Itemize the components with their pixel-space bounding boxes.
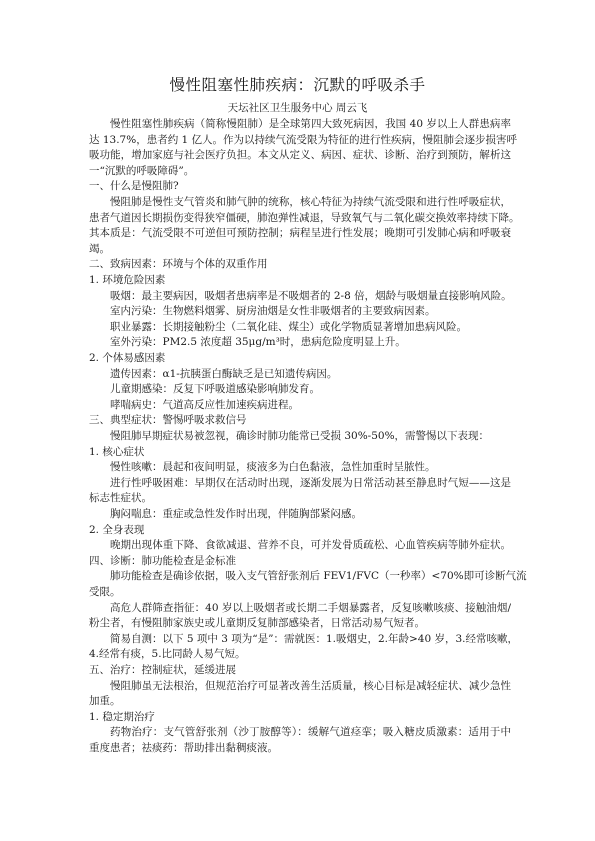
section-heading: 五、治疗：控制症状，延缓进展 (89, 663, 511, 679)
document-page: 慢性阻塞性肺疾病：沉默的呼吸杀手 天坛社区卫生服务中心 周云飞 慢性阻塞性肺疾病… (0, 0, 595, 841)
subsection-heading: 1. 环境危险因素 (89, 273, 511, 289)
body-text-line: 其本质是：气流受限不可逆但可预防控制；病程呈进行性发展；晚期可引发肺心病和呼吸衰 (89, 226, 511, 242)
body-text-line: 室外污染：PM2.5 浓度超 35μg/m³时，患病危险度明显上升。 (110, 335, 511, 351)
section-heading: 二、致病因素：环境与个体的双重作用 (89, 257, 511, 273)
subsection-heading: 2. 个体易感因素 (89, 351, 511, 367)
section-heading: 一、什么是慢阻肺? (89, 179, 511, 195)
body-text-line: 受限。 (89, 585, 511, 601)
subsection-heading: 1. 核心症状 (89, 445, 511, 461)
section-heading: 四、诊断：肺功能检查是金标准 (89, 554, 511, 570)
body-text-line: 高危人群筛查指征：40 岁以上吸烟者或长期二手烟暴露者，反复咳嗽咳痰、接触油烟/ (110, 601, 511, 617)
body-text-line: 标志性症状。 (89, 491, 511, 507)
body-text-line: 吸功能，增加家庭与社会医疗负担。本文从定义、病因、症状、诊断、治疗到预防，解析这 (89, 148, 511, 164)
body-text-line: 进行性呼吸困难：早期仅在活动时出现，逐渐发展为日常活动甚至静息时气短——这是 (110, 476, 511, 492)
body-text-line: 职业暴露：长期接触粉尘（二氧化硅、煤尘）或化学物质显著增加患病风险。 (110, 320, 511, 336)
body-text-line: 达 13.7%，患者约 1 亿人。作为以持续气流受限为特征的进行性疾病，慢阻肺会… (89, 133, 511, 149)
body-text-line: 哮喘病史：气道高反应性加速疾病进程。 (110, 398, 511, 414)
body-text-line: 简易自测：以下 5 项中 3 项为“是”：需就医：1.吸烟史，2.年龄>40 岁… (110, 632, 511, 648)
body-text-line: 药物治疗：支气管舒张剂（沙丁胺醇等）：缓解气道痉挛；吸入糖皮质激素：适用于中 (110, 725, 511, 741)
body-text-line: 慢性阻塞性肺疾病（简称慢阻肺）是全球第四大致死病因，我国 40 岁以上人群患病率 (110, 117, 511, 133)
body-text-line: 一“沉默的呼吸障碍”。 (89, 164, 511, 180)
body-text-line: 遗传因素：α1-抗胰蛋白酶缺乏是已知遗传病因。 (110, 367, 511, 383)
body-text-line: 慢阻肺早期症状易被忽视，确诊时肺功能常已受损 30%-50%，需警惕以下表现： (110, 429, 511, 445)
body-text-line: 晚期出现体重下降、食欲减退、营养不良，可并发骨质疏松、心血管疾病等肺外症状。 (110, 538, 511, 554)
subsection-heading: 1. 稳定期治疗 (89, 710, 511, 726)
body-text-line: 慢阻肺是慢性支气管炎和肺气肿的统称，核心特征为持续气流受限和进行性呼吸症状， (110, 195, 511, 211)
body-text-line: 慢阻肺虽无法根治，但规范治疗可显著改善生活质量，核心目标是减轻症状、减少急性 (110, 679, 511, 695)
body-text-line: 慢性咳嗽：晨起和夜间明显，痰液多为白色黏液，急性加重时呈脓性。 (110, 460, 511, 476)
subsection-heading: 2. 全身表现 (89, 523, 511, 539)
body-text-line: 粉尘者，有慢阻肺家族史或儿童期反复肺部感染者，日常活动易气短者。 (89, 616, 511, 632)
body-text-line: 患者气道因长期损伤变得狭窄僵硬，肺泡弹性减退，导致氧气与二氧化碳交换效率持续下降… (89, 211, 511, 227)
body-text-line: 胸闷喘息：重症或急性发作时出现，伴随胸部紧闷感。 (110, 507, 511, 523)
body-text-line: 加重。 (89, 694, 511, 710)
body-text-line: 4.经常有痰，5.比同龄人易气短。 (89, 647, 511, 663)
author-byline: 天坛社区卫生服务中心 周云飞 (0, 101, 595, 116)
body-text-line: 儿童期感染：反复下呼吸道感染影响肺发育。 (110, 382, 511, 398)
body-text-line: 竭。 (89, 242, 511, 258)
body-text-line: 室内污染：生物燃料烟雾、厨房油烟是女性非吸烟者的主要致病因素。 (110, 304, 511, 320)
body-text-line: 肺功能检查是确诊依据，吸入支气管舒张剂后 FEV1/FVC（一秒率）<70%即可… (110, 569, 511, 585)
body-text-line: 重度患者；祛痰药：帮助排出黏稠痰液。 (89, 741, 511, 757)
body-text-line: 吸烟：最主要病因，吸烟者患病率是不吸烟者的 2-8 倍，烟龄与吸烟量直接影响风险… (110, 289, 511, 305)
section-heading: 三、典型症状：警惕呼吸求救信号 (89, 413, 511, 429)
document-title: 慢性阻塞性肺疾病：沉默的呼吸杀手 (0, 74, 595, 96)
